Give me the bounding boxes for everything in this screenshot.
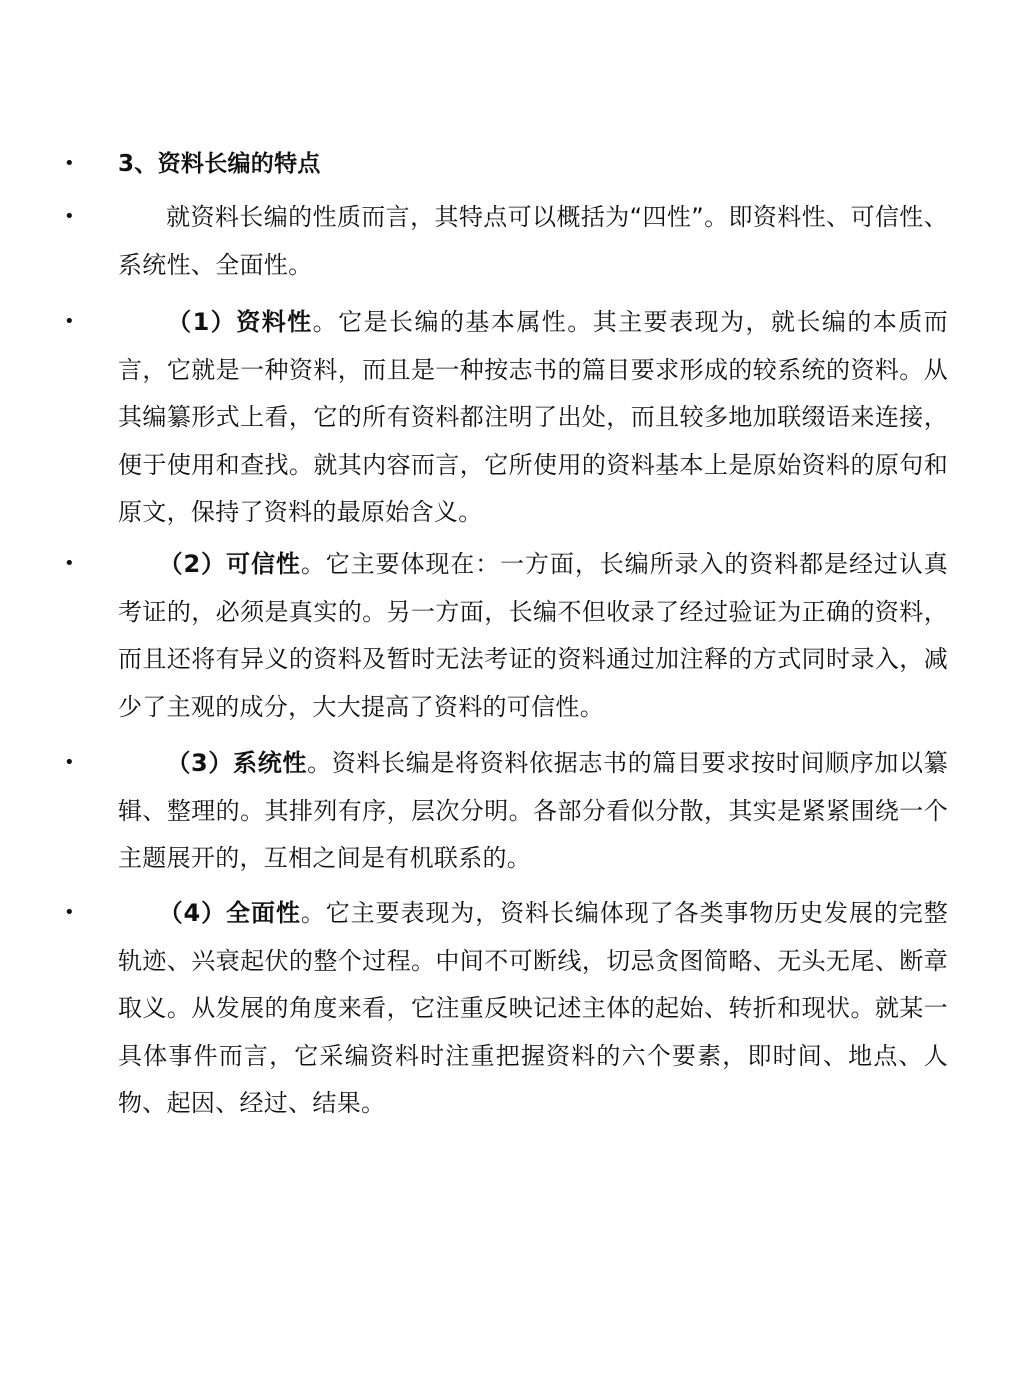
point-paragraph: （1）资料性。它是长编的基本属性。其主要表现为，就长编的本质而言，它就是一种资料…: [118, 299, 948, 537]
point-paragraph: （2）可信性。它主要体现在：一方面，长编所录入的资料都是经过认真考证的，必须是真…: [118, 541, 948, 731]
bullet-icon: •: [64, 890, 75, 936]
bullet-icon: •: [64, 541, 75, 587]
point-label: （2）可信性: [158, 550, 301, 578]
point-body: 。它是长编的基本属性。其主要表现为，就长编的本质而言，它就是一种资料，而且是一种…: [118, 308, 948, 526]
point-label: （3）系统性: [166, 749, 307, 777]
bullet-icon: •: [64, 194, 75, 240]
point-paragraph: （3）系统性。资料长编是将资料依据志书的篇目要求按时间顺序加以纂辑、整理的。其排…: [118, 740, 948, 883]
point-label: （4）全面性: [158, 899, 301, 927]
bullet-icon: •: [64, 299, 75, 345]
intro-paragraph: 就资料长编的性质而言，其特点可以概括为“四性”。即资料性、可信性、系统性、全面性…: [118, 194, 948, 289]
bullet-icon: •: [64, 740, 75, 786]
bullet-icon: •: [64, 141, 75, 187]
section-heading: 3、资料长编的特点: [118, 141, 948, 187]
document-page: • 3、资料长编的特点 • 就资料长编的性质而言，其特点可以概括为“四性”。即资…: [0, 0, 1024, 1400]
intro-text: 就资料长编的性质而言，其特点可以概括为“四性”。即资料性、可信性、系统性、全面性…: [118, 203, 948, 279]
point-paragraph: （4）全面性。它主要表现为，资料长编体现了各类事物历史发展的完整轨迹、兴衰起伏的…: [118, 890, 948, 1128]
point-body: 。它主要表现为，资料长编体现了各类事物历史发展的完整轨迹、兴衰起伏的整个过程。中…: [118, 899, 948, 1117]
point-label: （1）资料性: [166, 308, 313, 336]
